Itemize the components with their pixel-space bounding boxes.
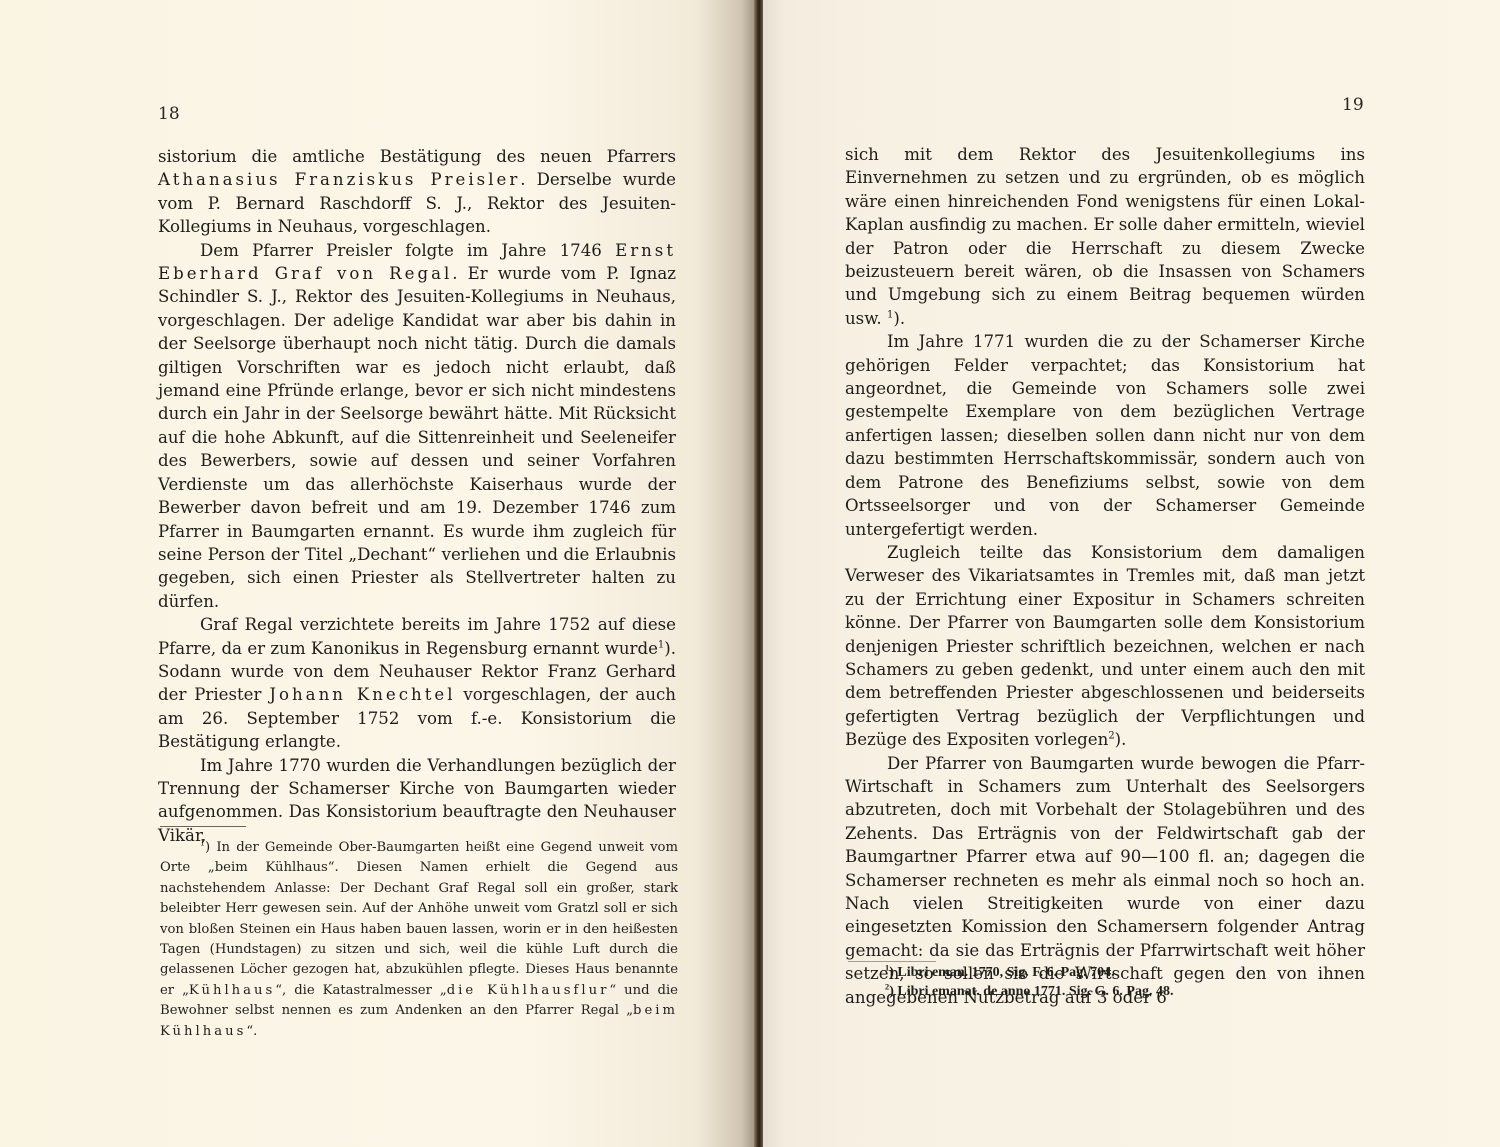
text-segment: sich mit dem Rektor des Jesuitenkollegiu…	[845, 145, 1365, 328]
book-gutter	[754, 0, 763, 1147]
left-page-footnotes: 1) In der Gemeinde Ober-Baumgarten heißt…	[160, 838, 678, 1042]
paragraph: Zugleich teilte das Konsistorium dem dam…	[845, 541, 1365, 752]
text-segment: Zugleich teilte das Konsistorium dem dam…	[845, 543, 1365, 749]
text-segment: ) Libri eman. 1770, Sig. F. 6. Pag. 704.	[889, 965, 1114, 980]
paragraph: Dem Pfarrer Preisler folgte im Jahre 174…	[158, 239, 676, 614]
text-segment: “.	[246, 1024, 257, 1039]
footnote-divider-left	[160, 826, 246, 827]
paragraph: sich mit dem Rektor des Jesuitenkollegiu…	[845, 143, 1365, 330]
text-segment: ).	[893, 309, 905, 328]
footnote-divider-right	[848, 961, 936, 962]
spaced-name-text: die Kühlhausflur	[447, 983, 610, 998]
paragraph: sistorium die amtliche Bestätigung des n…	[158, 145, 676, 239]
text-segment: ) In der Gemeinde Ober-Baumgarten heißt …	[160, 840, 678, 998]
footnote: 1) In der Gemeinde Ober-Baumgarten heißt…	[160, 838, 678, 1042]
text-segment: sistorium die amtliche Bestätigung des n…	[158, 147, 676, 166]
text-segment: ) Libri emanat. de anno 1771. Sig. G. 6.…	[889, 984, 1173, 999]
text-segment: Im Jahre 1770 wurden die Verhandlungen b…	[158, 756, 676, 845]
paragraph: Graf Regal verzichtete bereits im Jahre …	[158, 613, 676, 753]
right-page-footnotes: 1) Libri eman. 1770, Sig. F. 6. Pag. 704…	[885, 963, 1365, 1001]
spaced-name-text: Johann Knechtel	[269, 685, 455, 704]
paragraph: Im Jahre 1771 wurden die zu der Schamers…	[845, 330, 1365, 541]
page-number-left: 18	[158, 104, 180, 124]
left-page-body: sistorium die amtliche Bestätigung des n…	[158, 145, 676, 847]
right-page-body: sich mit dem Rektor des Jesuitenkollegiu…	[845, 143, 1365, 1009]
text-segment: ).	[1115, 730, 1127, 749]
footnote: 2) Libri emanat. de anno 1771. Sig. G. 6…	[885, 982, 1365, 1001]
page-number-right: 19	[1342, 95, 1364, 115]
text-segment: “, die Katastralmesser „	[275, 983, 446, 998]
footnote: 1) Libri eman. 1770, Sig. F. 6. Pag. 704…	[885, 963, 1365, 982]
text-segment: . Er wurde vom P. Ignaz Schindler S. J.,…	[158, 264, 676, 611]
paragraph: Im Jahre 1770 wurden die Verhandlungen b…	[158, 754, 676, 848]
spaced-name-text: Athanasius Franziskus Preisler	[158, 170, 520, 189]
spaced-name-text: Kühlhaus	[189, 983, 275, 998]
text-segment: Im Jahre 1771 wurden die zu der Schamers…	[845, 332, 1365, 538]
text-segment: Dem Pfarrer Preisler folgte im Jahre 174…	[200, 241, 615, 260]
text-segment: Graf Regal verzichtete bereits im Jahre …	[158, 615, 676, 657]
